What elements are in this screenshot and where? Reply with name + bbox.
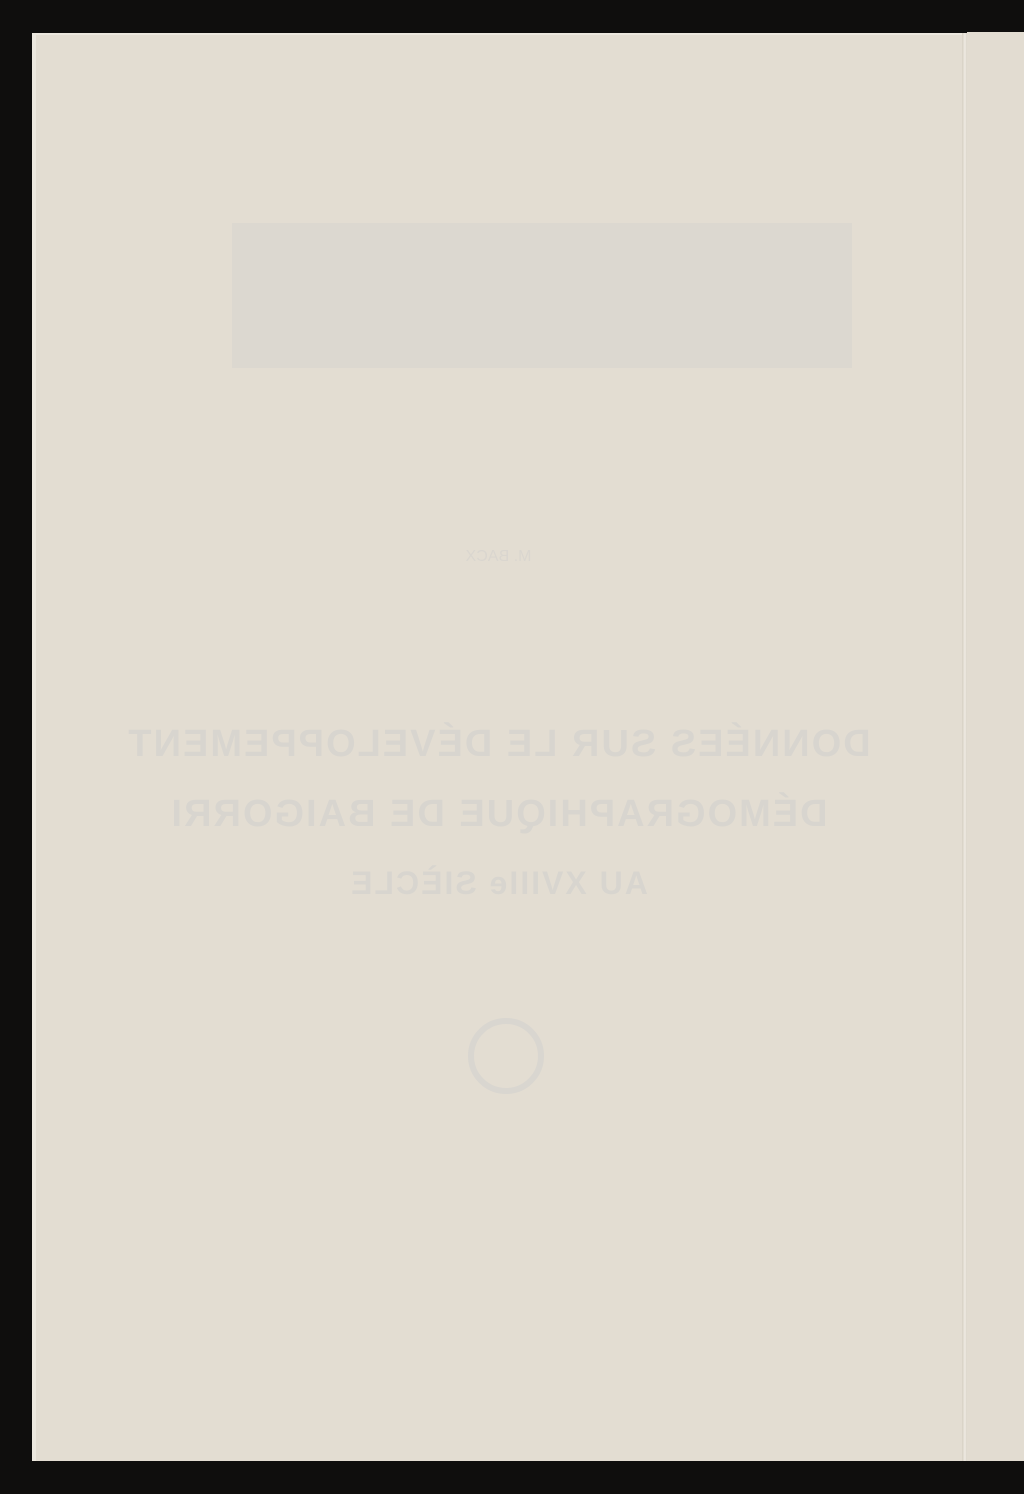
right-page-edge xyxy=(967,32,1024,1461)
bleed-through-title-line-3: AU XVIIIe SIÈCLE xyxy=(32,865,965,902)
bleed-through-author: M. BACX xyxy=(32,548,965,566)
bleed-through-title-line-1: DONNÉES SUR LE DÉVELOPPEMENT xyxy=(32,723,965,766)
bleed-through-title-line-2: DÉMOGRAPHIQUE DE BAIGORRI xyxy=(32,793,965,836)
left-page: M. BACX DONNÉES SUR LE DÉVELOPPEMENT DÉM… xyxy=(32,33,965,1461)
bleed-through-logo-block xyxy=(232,223,852,368)
bleed-through-emblem-icon xyxy=(468,1018,544,1094)
